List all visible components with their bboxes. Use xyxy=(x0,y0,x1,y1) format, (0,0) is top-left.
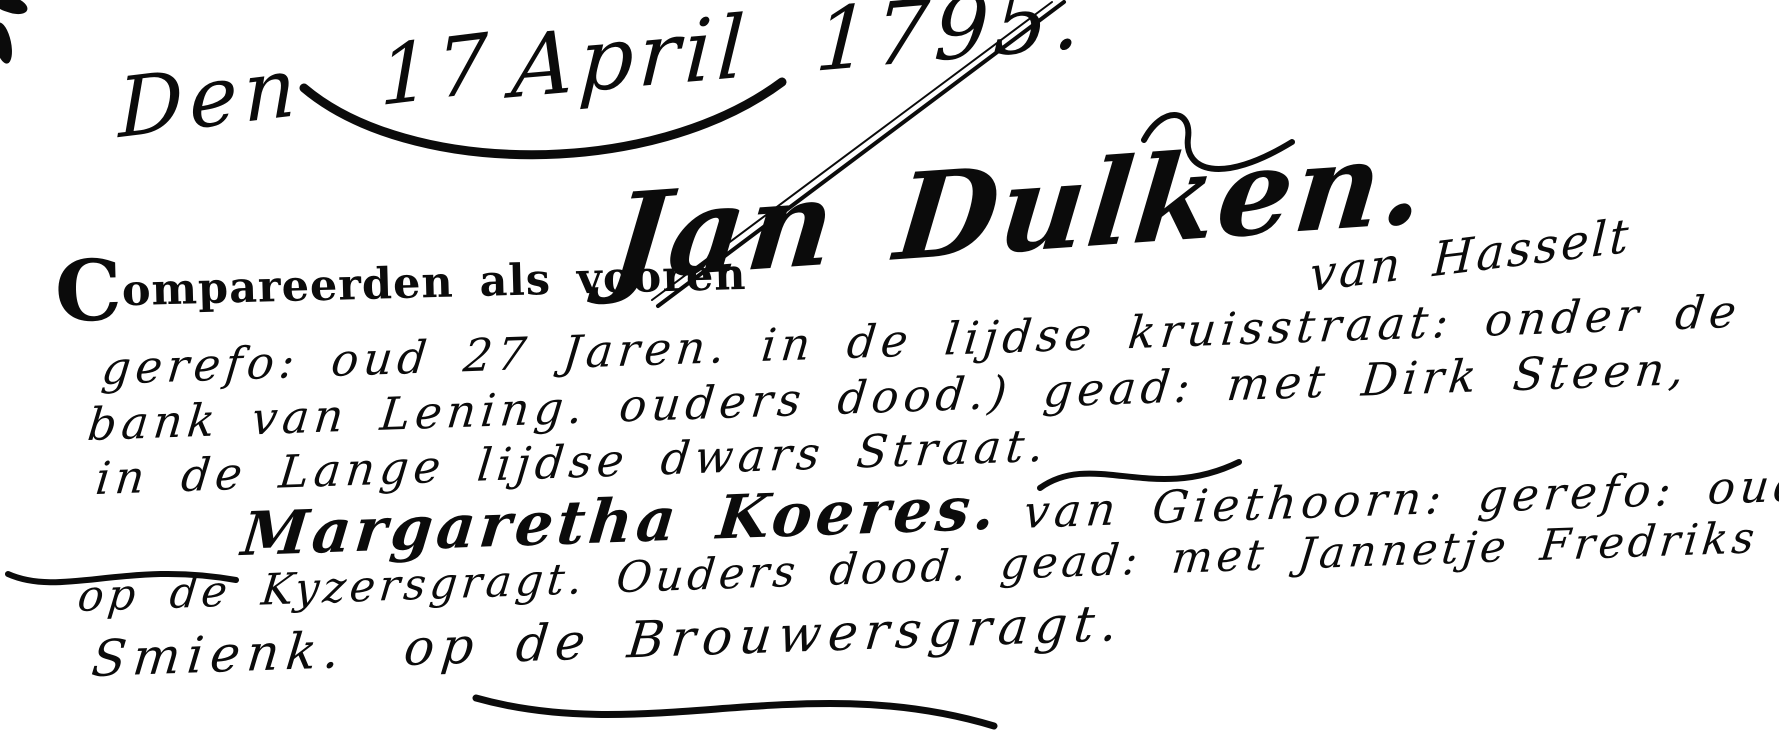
date-day-text: Den 17 xyxy=(117,15,495,157)
scan-artifact xyxy=(0,0,30,18)
date-monthyear-text: April 1795. xyxy=(509,0,1088,118)
closing-flourish xyxy=(470,664,1002,748)
printed-heading-initial: C xyxy=(54,240,123,341)
scan-artifact xyxy=(0,21,15,65)
manuscript-page: Den 17 April 1795. Compareerden als voor… xyxy=(0,0,1779,750)
bride-surname-text: Smienk. xyxy=(89,621,350,688)
